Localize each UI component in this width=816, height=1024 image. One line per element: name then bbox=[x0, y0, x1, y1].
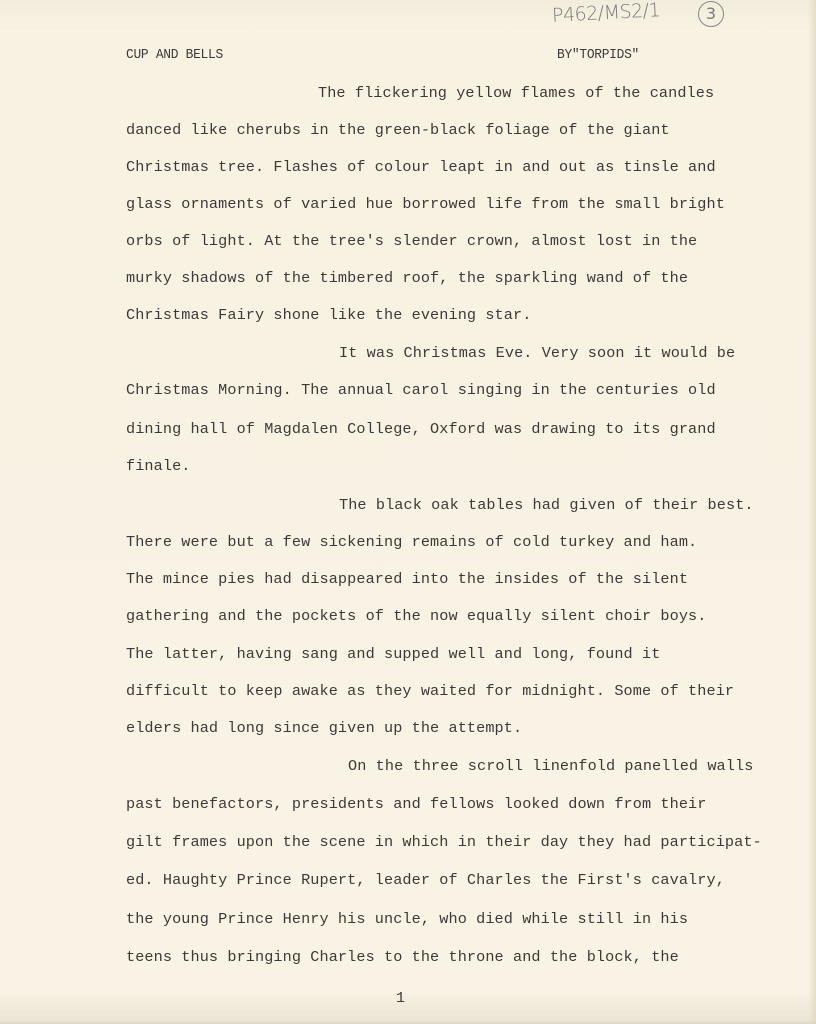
body-line: murky shadows of the timbered roof, the … bbox=[126, 269, 688, 287]
body-line: difficult to keep awake as they waited f… bbox=[126, 682, 734, 700]
body-line: finale. bbox=[126, 457, 191, 475]
body-line: gathering and the pockets of the now equ… bbox=[126, 607, 706, 625]
body-line: The latter, having sang and supped well … bbox=[126, 645, 660, 663]
body-line: orbs of light. At the tree's slender cro… bbox=[126, 232, 697, 250]
body-line: past benefactors, presidents and fellows… bbox=[126, 795, 706, 813]
body-line: Christmas tree. Flashes of colour leapt … bbox=[126, 158, 716, 176]
archive-reference: P462/MS2/1 bbox=[551, 0, 660, 27]
body-line: There were but a few sickening remains o… bbox=[126, 533, 697, 551]
body-line: ed. Haughty Prince Rupert, leader of Cha… bbox=[126, 871, 725, 889]
body-line: gilt frames upon the scene in which in t… bbox=[126, 833, 762, 851]
body-line: Christmas Morning. The annual carol sing… bbox=[126, 381, 716, 399]
body-line: the young Prince Henry his uncle, who di… bbox=[126, 910, 688, 928]
body-line: danced like cherubs in the green-black f… bbox=[126, 121, 670, 139]
body-line: On the three scroll linenfold panelled w… bbox=[348, 757, 753, 775]
typewritten-page: P462/MS2/1 3 CUP AND BELLS BY"TORPIDS" T… bbox=[0, 0, 816, 1024]
body-line: teens thus bringing Charles to the thron… bbox=[126, 948, 679, 966]
author-byline: BY"TORPIDS" bbox=[557, 47, 639, 63]
folio-number-circle: 3 bbox=[698, 1, 724, 27]
page-number: 1 bbox=[396, 990, 405, 1007]
body-line: The black oak tables had given of their … bbox=[339, 496, 754, 514]
body-line: It was Christmas Eve. Very soon it would… bbox=[339, 344, 735, 362]
body-line: glass ornaments of varied hue borrowed l… bbox=[126, 195, 725, 213]
body-line: elders had long since given up the attem… bbox=[126, 719, 522, 737]
body-line: Christmas Fairy shone like the evening s… bbox=[126, 306, 531, 324]
body-line: The flickering yellow flames of the cand… bbox=[318, 84, 714, 102]
story-title: CUP AND BELLS bbox=[126, 47, 223, 63]
body-line: The mince pies had disappeared into the … bbox=[126, 570, 688, 588]
body-line: dining hall of Magdalen College, Oxford … bbox=[126, 420, 716, 438]
